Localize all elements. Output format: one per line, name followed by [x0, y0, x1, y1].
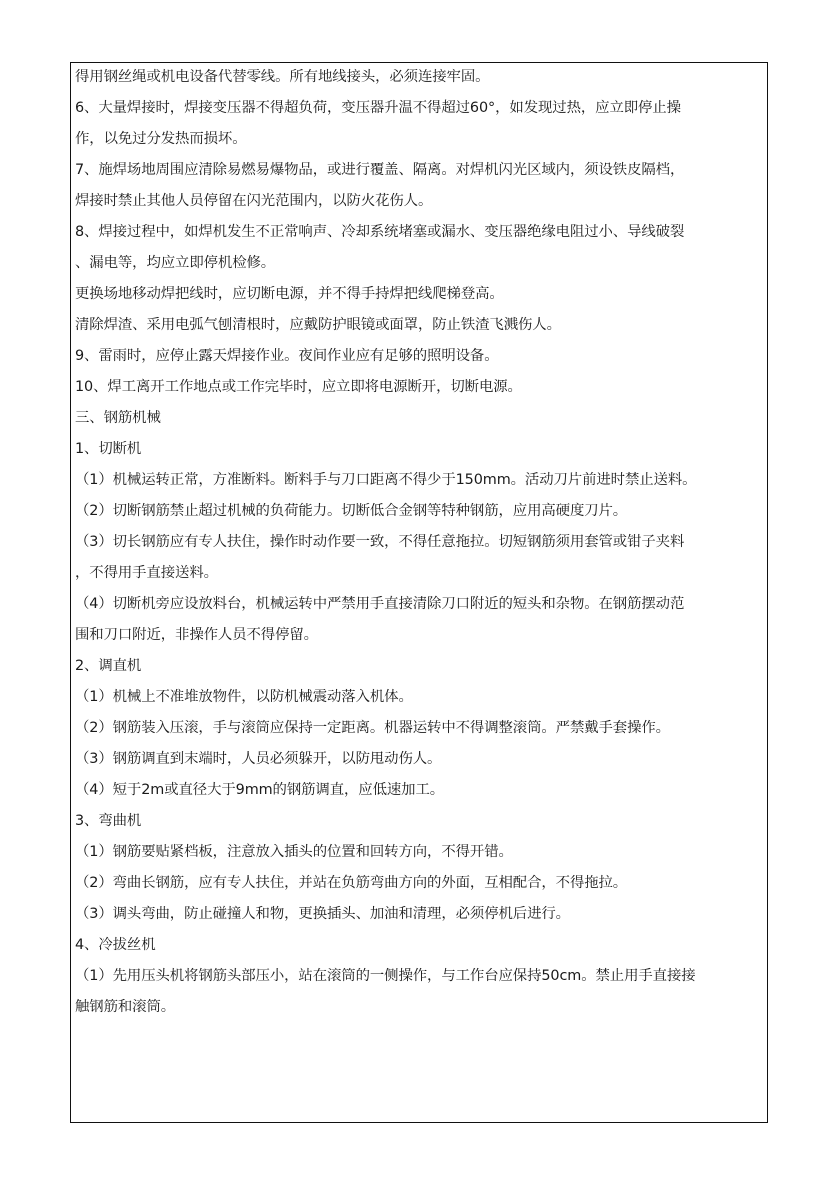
text-line: （1）先用压头机将钢筋头部压小，站在滚筒的一侧操作，与工作台应保持50cm。禁止…: [75, 962, 763, 993]
text-line: （3）调头弯曲，防止碰撞人和物，更换插头、加油和清理，必须停机后进行。: [75, 900, 763, 931]
text-line: 9、雷雨时，应停止露天焊接作业。夜间作业应有足够的照明设备。: [75, 342, 763, 373]
document-table-cell: 得用钢丝绳或机电设备代替零线。所有地线接头，必须连接牢固。 6、大量焊接时，焊接…: [70, 62, 768, 1123]
text-line: 更换场地移动焊把线时，应切断电源，并不得手持焊把线爬梯登高。: [75, 280, 763, 311]
text-line: （2）弯曲长钢筋，应有专人扶住，并站在负筋弯曲方向的外面，互相配合，不得拖拉。: [75, 869, 763, 900]
text-line: （1）机械上不准堆放物件，以防机械震动落入机体。: [75, 683, 763, 714]
text-line: ，不得用手直接送料。: [75, 559, 763, 590]
text-line: 得用钢丝绳或机电设备代替零线。所有地线接头，必须连接牢固。: [75, 63, 763, 94]
text-line: 、漏电等，均应立即停机检修。: [75, 249, 763, 280]
section-heading: 三、钢筋机械: [75, 404, 763, 435]
text-line: （1）机械运转正常，方准断料。断料手与刀口距离不得少于150mm。活动刀片前进时…: [75, 466, 763, 497]
text-line: 清除焊渣、采用电弧气刨清根时，应戴防护眼镜或面罩，防止铁渣飞溅伤人。: [75, 311, 763, 342]
text-line: （2）钢筋装入压滚，手与滚筒应保持一定距离。机器运转中不得调整滚筒。严禁戴手套操…: [75, 714, 763, 745]
subsection-heading: 1、切断机: [75, 435, 763, 466]
text-line: 触钢筋和滚筒。: [75, 993, 763, 1024]
text-line: （4）短于2m或直径大于9mm的钢筋调直，应低速加工。: [75, 776, 763, 807]
text-line: （2）切断钢筋禁止超过机械的负荷能力。切断低合金钢等特种钢筋，应用高硬度刀片。: [75, 497, 763, 528]
text-line: 焊接时禁止其他人员停留在闪光范围内，以防火花伤人。: [75, 187, 763, 218]
subsection-heading: 4、冷拔丝机: [75, 931, 763, 962]
text-line: 作，以免过分发热而损坏。: [75, 125, 763, 156]
text-line: （4）切断机旁应设放料台，机械运转中严禁用手直接清除刀口附近的短头和杂物。在钢筋…: [75, 590, 763, 621]
subsection-heading: 2、调直机: [75, 652, 763, 683]
text-line: 10、焊工离开工作地点或工作完毕时，应立即将电源断开，切断电源。: [75, 373, 763, 404]
document-body: 得用钢丝绳或机电设备代替零线。所有地线接头，必须连接牢固。 6、大量焊接时，焊接…: [75, 63, 763, 1024]
text-line: 8、焊接过程中，如焊机发生不正常响声、冷却系统堵塞或漏水、变压器绝缘电阻过小、导…: [75, 218, 763, 249]
text-line: （3）钢筋调直到末端时，人员必须躲开，以防甩动伤人。: [75, 745, 763, 776]
text-line: 7、施焊场地周围应清除易燃易爆物品，或进行覆盖、隔离。对焊机闪光区域内，须设铁皮…: [75, 156, 763, 187]
text-line: 围和刀口附近，非操作人员不得停留。: [75, 621, 763, 652]
subsection-heading: 3、弯曲机: [75, 807, 763, 838]
text-line: （3）切长钢筋应有专人扶住，操作时动作要一致，不得任意拖拉。切短钢筋须用套管或钳…: [75, 528, 763, 559]
text-line: 6、大量焊接时，焊接变压器不得超负荷，变压器升温不得超过60°，如发现过热，应立…: [75, 94, 763, 125]
text-line: （1）钢筋要贴紧档板，注意放入插头的位置和回转方向，不得开错。: [75, 838, 763, 869]
